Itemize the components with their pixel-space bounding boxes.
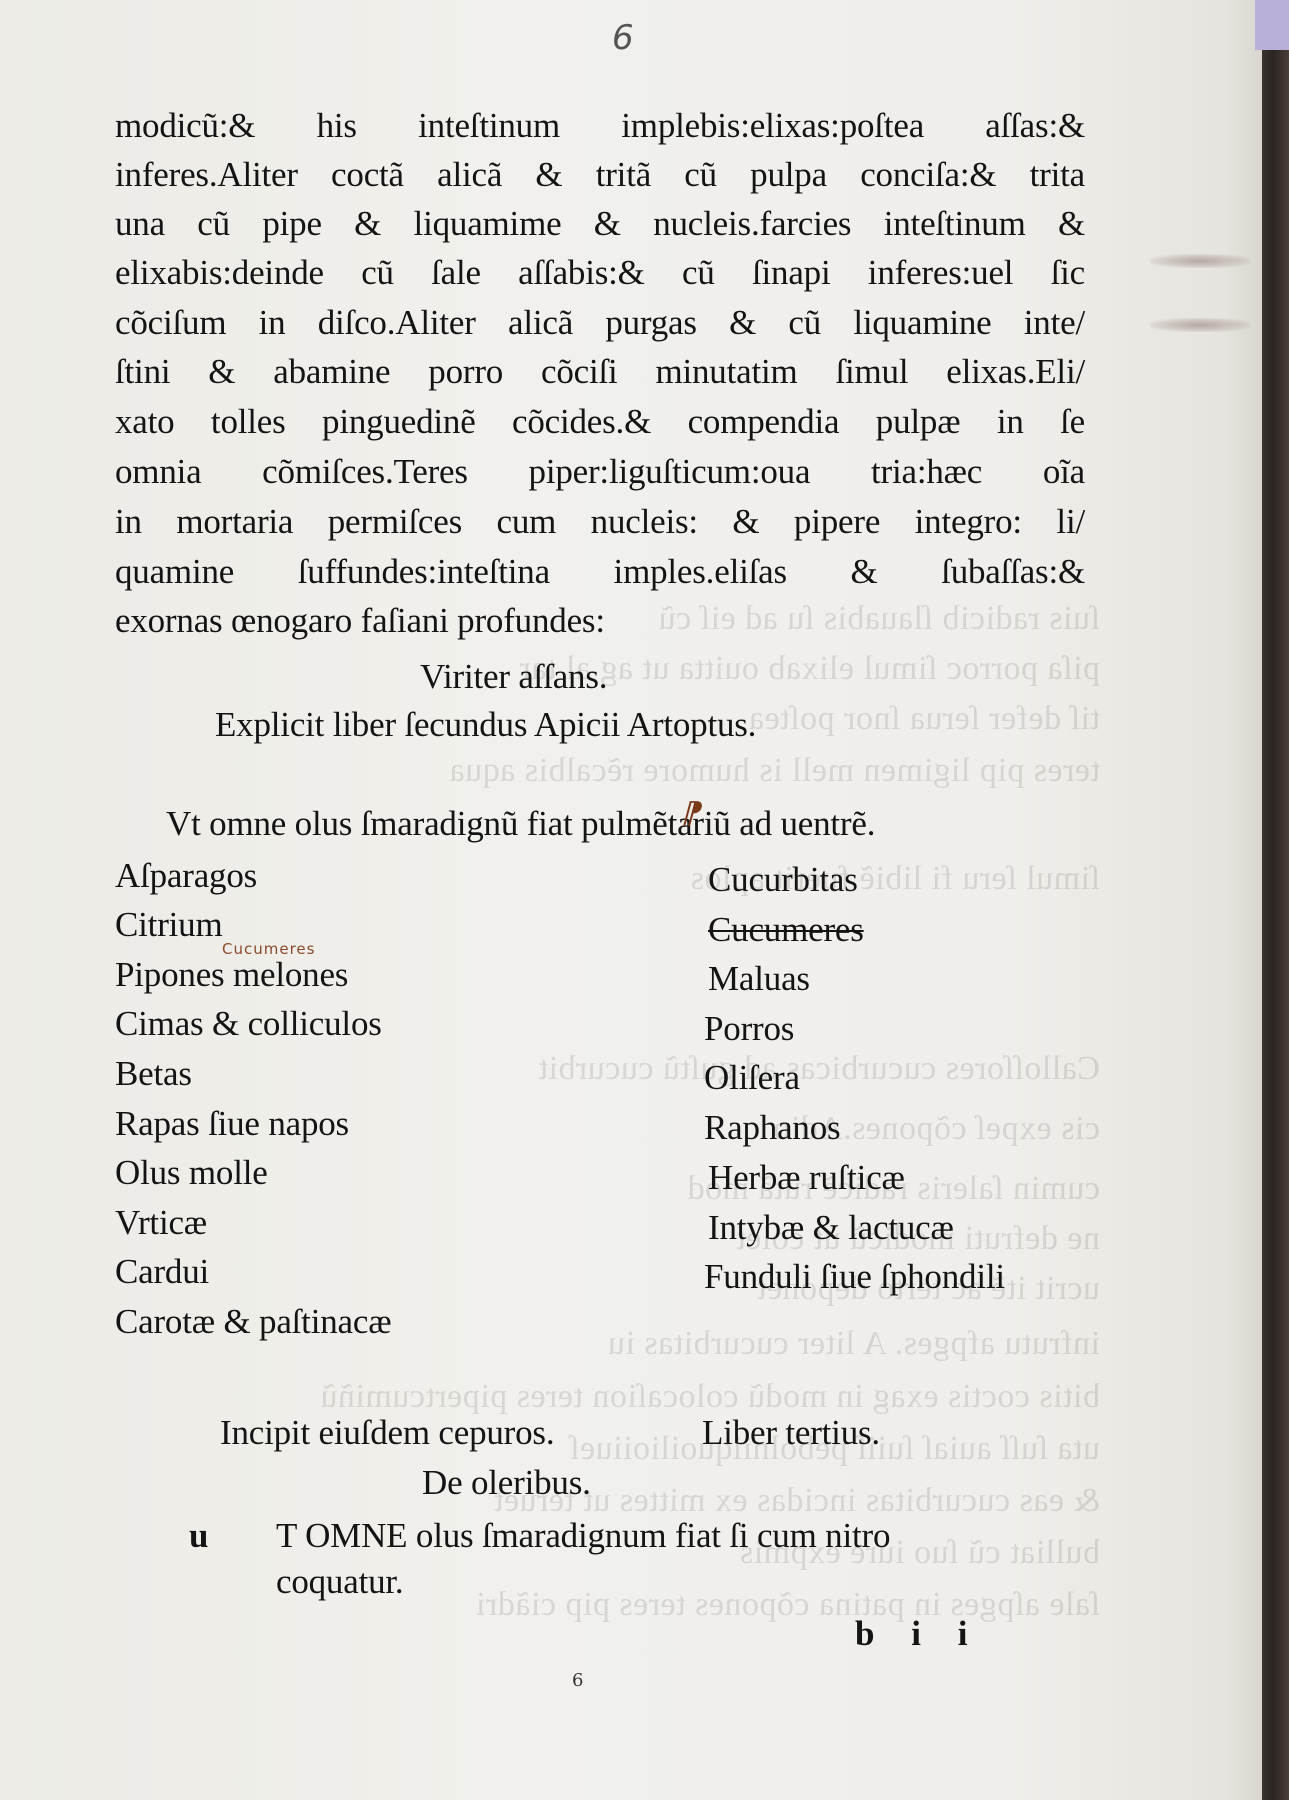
handwritten-annotation-cucumeres: Cucumeres [222, 940, 315, 958]
list-title: Vt omne olus ſmaradignũ fiat pulmẽtariũ … [166, 804, 875, 844]
list-item: Olus molle [115, 1153, 268, 1193]
text-line: cõciſum in diſco.Aliter alicã purgas & c… [115, 303, 1085, 343]
text-line: exornas œnogaro faſiani profundes: [115, 601, 605, 641]
list-item: Cimas & colliculos [115, 1004, 382, 1044]
text-line: elixabis:deinde cũ ſale aſſabis:& cũ ſin… [115, 253, 1085, 293]
text-line: xato tolles pinguedinẽ cõcides.& compend… [115, 402, 1085, 442]
list-item: Oliſera [704, 1058, 800, 1098]
opening-line: T OMNE olus ſmaradignum fiat ſi cum nitr… [276, 1516, 890, 1556]
list-item-struck-through: Cucumeres [708, 910, 864, 950]
show-through-text: bitis coctis exag in modũ colocaſion ter… [100, 1378, 1100, 1416]
text-line: omnia cõmiſces.Teres piper:liguſticum:ou… [115, 452, 1085, 492]
list-item: Betas [115, 1054, 192, 1094]
show-through-text: teres pip ligimen mell is humore rẽcalbi… [100, 752, 1100, 790]
text-line: ſtini & abamine porro cõciſi minutatim ſ… [115, 352, 1085, 392]
text-line: quamine ſuffundes:inteſtina imples.eliſa… [115, 552, 1085, 592]
list-item: Porros [704, 1009, 794, 1049]
list-item: Citrium [115, 905, 223, 945]
liber-tertius-heading: Liber tertius. [702, 1413, 880, 1453]
text-line: inferes.Aliter coctã alicã & tritã cũ pu… [115, 155, 1085, 195]
recipe-title-viriter-assans: Viriter aſſans. [420, 657, 607, 697]
background-corner [1255, 0, 1289, 50]
list-item: Intybæ & lactucæ [708, 1208, 954, 1248]
stamped-page-number: 6 [572, 1670, 583, 1691]
opening-line-continued: coquatur. [276, 1562, 403, 1602]
list-item: Cardui [115, 1252, 209, 1292]
list-item: Raphanos [704, 1108, 840, 1148]
list-item: Herbæ ruſticæ [708, 1158, 905, 1198]
guide-letter: u [189, 1516, 208, 1556]
book-binding-edge [1262, 0, 1289, 1800]
explicit-heading: Explicit liber ſecundus Apicii Artoptus. [215, 705, 756, 745]
show-through-text: & eas cucurbitas incidas ex mittes ut te… [100, 1482, 1100, 1520]
show-through-text: Calloſſores cucurbicas ad guſtũ cucurbit [100, 1050, 1100, 1088]
de-oleribus-heading: De oleribus. [422, 1463, 591, 1503]
text-line: una cũ pipe & liquamime & nucleis.farcie… [115, 204, 1085, 244]
list-item: Funduli ſiue ſphondili [704, 1257, 1005, 1297]
list-item: Maluas [708, 959, 810, 999]
signature-mark: b i i [855, 1614, 981, 1654]
list-item: Cucurbitas [708, 860, 858, 900]
text-line: in mortaria permiſces cum nucleis: & pip… [115, 502, 1085, 542]
text-line: modicũ:& his inteſtinum implebis:elixas:… [115, 106, 1085, 146]
list-item: Vrticæ [115, 1203, 207, 1243]
book-page: ſuis radicib ſlauabis ſu ad eiſ cũ piſa … [0, 0, 1262, 1800]
handwritten-folio-number: 6 [612, 18, 634, 58]
incipit-heading: Incipit eiuſdem cepuros. [220, 1413, 554, 1453]
marginal-note-faded [1150, 254, 1250, 268]
marginal-note-faded [1150, 318, 1250, 332]
list-item: Pipones melones [115, 955, 348, 995]
list-item: Aſparagos [115, 856, 257, 896]
list-item: Carotæ & paſtinacæ [115, 1302, 391, 1342]
list-item: Rapas ſiue napos [115, 1104, 349, 1144]
